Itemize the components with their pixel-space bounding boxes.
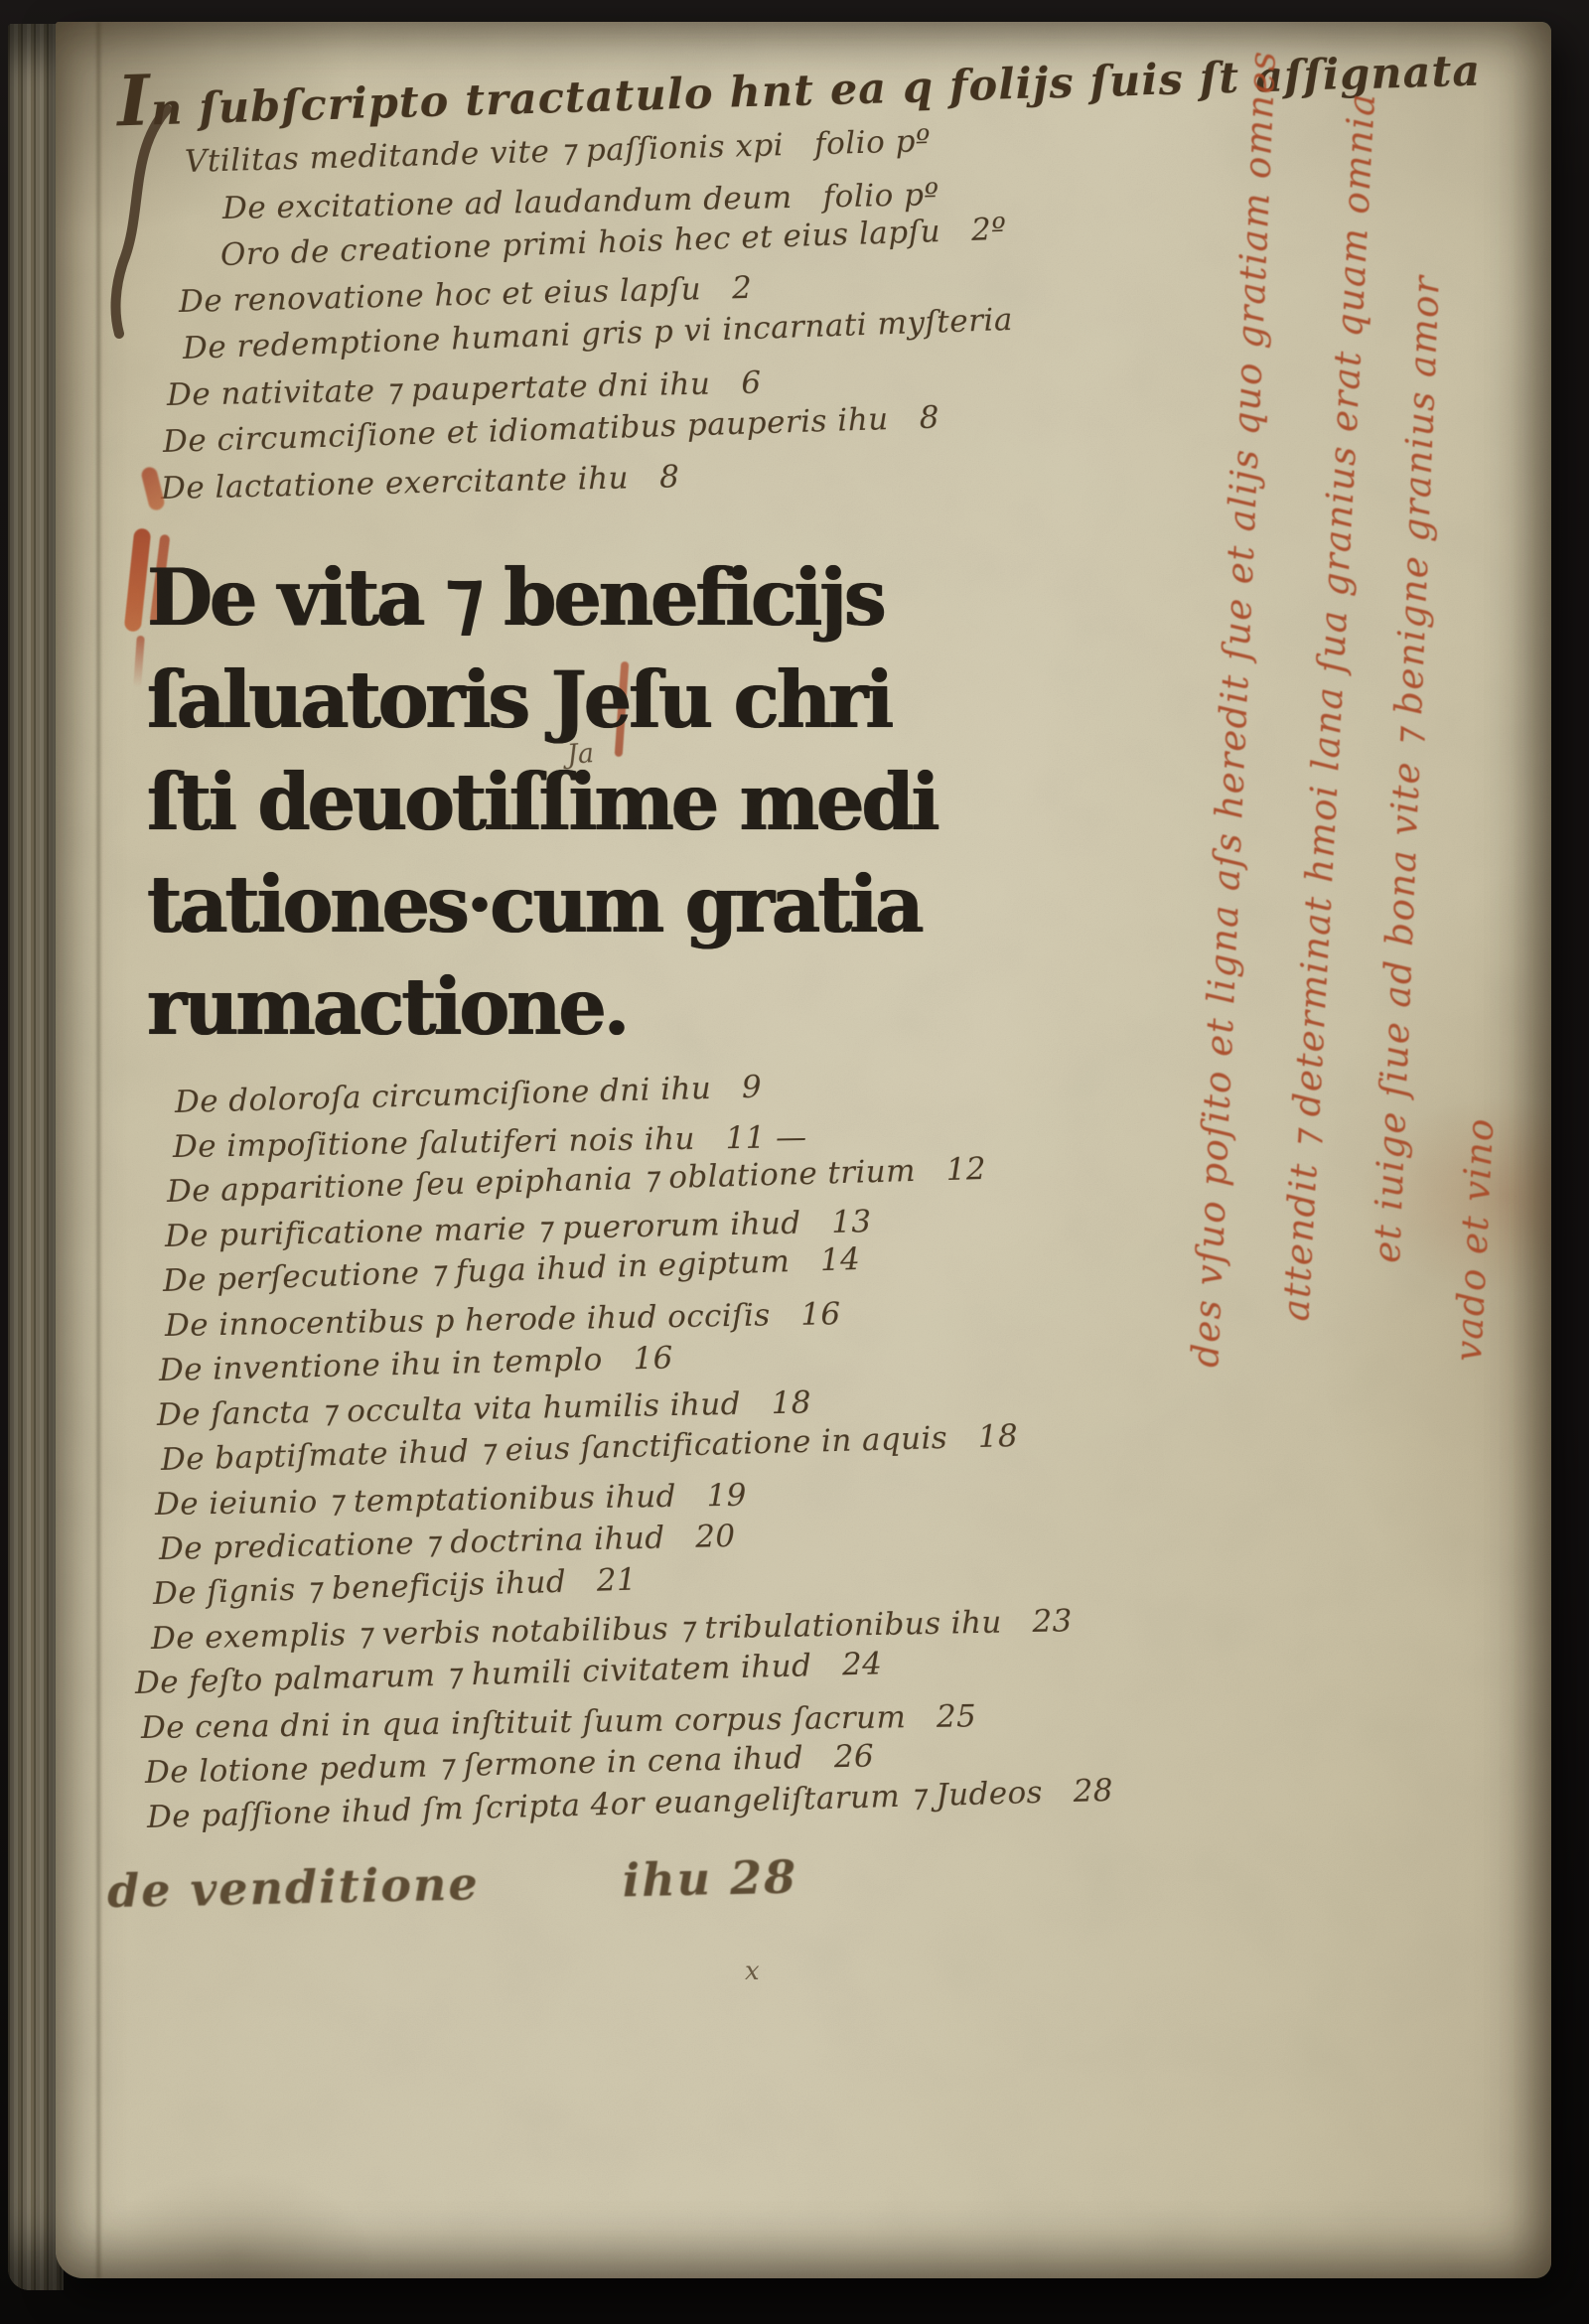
stray-pen-mark: x bbox=[745, 1957, 760, 1986]
title-line: De vita ⁊ beneficijs bbox=[147, 546, 937, 649]
red-marginalia: des vſuo poſito et ligna aſs heredit ſue… bbox=[1162, 139, 1551, 1389]
title-line: rumactione. bbox=[147, 955, 937, 1058]
manuscript-photo: In ſubſcripto tractatulo hnt ea q folijs… bbox=[0, 0, 1589, 2324]
title-line: ſaluatoris Jeſu chri bbox=[147, 649, 937, 751]
title-line: tationes·cum gratia bbox=[147, 853, 937, 955]
final-index-line: de venditione ihu 28 bbox=[107, 1850, 798, 1919]
rubric-ink-drip bbox=[133, 636, 145, 687]
title-line: ſti deuotiſſime medi bbox=[147, 751, 937, 853]
interlinear-note: Ja bbox=[566, 738, 595, 771]
manuscript-page: In ſubſcripto tractatulo hnt ea q folijs… bbox=[56, 22, 1551, 2278]
printed-title: De vita ⁊ beneficijs ſaluatoris Jeſu chr… bbox=[147, 546, 937, 1058]
